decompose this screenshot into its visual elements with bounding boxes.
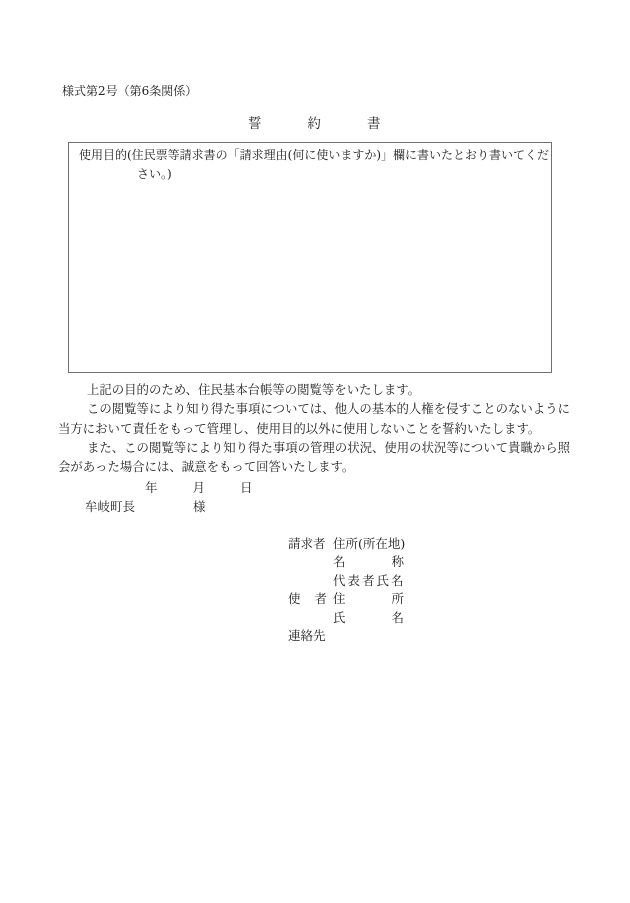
- pledge-line: 当方において責任をもって管理し、使用目的以外に使用しないことを誓約いたします。: [58, 419, 578, 438]
- agent-name-field: 氏名: [333, 610, 450, 625]
- signature-row-agent-name: 氏名: [288, 609, 450, 627]
- form-number: 様式第2号（第6条関係）: [62, 82, 197, 99]
- date-line: 年月日: [145, 478, 288, 496]
- signature-row-representative: 代表者氏名: [288, 572, 450, 590]
- pledge-form-page: 様式第2号（第6条関係） 誓約書 使用目的(住民票等請求書の「請求理由(何に使い…: [0, 0, 630, 903]
- recipient-line: 牟岐町長様: [85, 497, 206, 515]
- signature-block: 請求者住所(所在地) 名称 代表者氏名 使者住所 氏名 連絡先: [288, 535, 450, 645]
- agent-address-field: 住所: [333, 591, 450, 606]
- recipient-name: 牟岐町長: [85, 499, 135, 514]
- requester-label: 請求者: [288, 535, 333, 553]
- recipient-honorific: 様: [193, 499, 206, 514]
- signature-row-agent-address: 使者住所: [288, 590, 450, 608]
- contact-label: 連絡先: [288, 627, 333, 645]
- pledge-line: この閲覧等により知り得た事項については、他人の基本的人権を侵すことのないように: [58, 399, 578, 418]
- pledge-paragraphs: 上記の目的のため、住民基本台帳等の閲覧等をいたします。 この閲覧等により知り得た…: [58, 380, 578, 476]
- requester-name-field: 名称: [333, 554, 450, 569]
- purpose-box: 使用目的(住民票等請求書の「請求理由(何に使いますか)」欄に書いたとおり書いてく…: [68, 142, 552, 373]
- pledge-line: 上記の目的のため、住民基本台帳等の閲覧等をいたします。: [58, 380, 578, 399]
- requester-address-field: 住所(所在地): [333, 536, 405, 551]
- pledge-line: また、この閲覧等により知り得た事項の管理の状況、使用の状況等について貴職から照: [58, 438, 578, 457]
- purpose-box-label-line2: さい。): [79, 165, 545, 184]
- signature-row-requester-address: 請求者住所(所在地): [288, 535, 450, 553]
- signature-row-requester-name: 名称: [288, 553, 450, 571]
- signature-row-contact: 連絡先: [288, 627, 450, 645]
- pledge-line: 会があった場合には、誠意をもって回答いたします。: [58, 457, 578, 476]
- representative-name-field: 代表者氏名: [333, 573, 406, 588]
- form-title: 誓約書: [248, 112, 427, 132]
- agent-label: 使者: [288, 590, 333, 608]
- purpose-box-label-line1: 使用目的(住民票等請求書の「請求理由(何に使いますか)」欄に書いたとおり書いてく…: [79, 146, 545, 165]
